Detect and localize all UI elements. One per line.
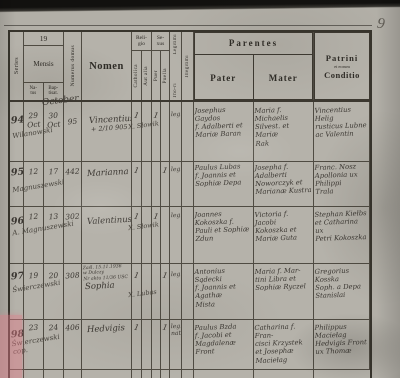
cell-baptisatus — [44, 370, 64, 378]
col-header-puer: Puer — [152, 51, 161, 100]
cell-pater: Josephus Gaydos f. Adalberti et Mariæ Ba… — [194, 102, 254, 161]
col-header-puella: Puella — [161, 51, 169, 100]
cell-patrini: Philippus Maciełag Hedvigis Front ux Tho… — [314, 320, 370, 369]
cell-puella: 1 — [161, 162, 170, 206]
cell-legitimi: leg. — [170, 162, 182, 206]
cell-catholica: 1 — [132, 207, 142, 263]
col-header-numerus-domus: Numerus domus — [64, 32, 82, 100]
cell-puella — [161, 207, 170, 263]
cell-pater: Antonius Sądecki f. Joannis et Agathæ Mi… — [194, 264, 254, 319]
pink-highlight-mark — [0, 315, 22, 378]
cell-mater — [254, 370, 314, 378]
col-header-sexus-group: Se- xus Puer Puella — [152, 32, 170, 100]
table-row: 97 19 20 308 Zaśl. 15.11.1936 w Dulczy N… — [10, 264, 370, 320]
cell-illegitimi — [182, 320, 194, 369]
cell-pater: Joannes Kokoszka f. Pauli et Sophiæ Zdun — [194, 207, 254, 263]
table-row: 95 12 17 442 Marianna 1 1 leg. Paulus Lu… — [10, 162, 370, 207]
cell-patrini: Franc. Nosz Apollonia ux Philippi Trala — [314, 162, 370, 206]
cell-catholica: 1 — [132, 102, 142, 161]
cell-natus — [24, 370, 44, 378]
col-header-mensis: Mensis — [24, 46, 63, 83]
col-header-aut-alia: Aut alia — [142, 51, 151, 100]
cell-patrini: Vincentius Helig rusticus Lubne ac Valen… — [314, 102, 370, 161]
scan-dark-edge — [0, 0, 400, 13]
cell-domus — [64, 370, 82, 378]
cell-pater: Paulus Bzda f. Jacobi et Magdalenæ Front — [194, 320, 254, 369]
table-row — [10, 370, 370, 378]
col-header-illegitimi: Illegitimi — [182, 32, 193, 100]
col-header-religio-group: Reli- gio Catholica Aut alia — [132, 32, 152, 100]
cell-mater: Josepha f. Adalberti Noworczyk et Marian… — [254, 162, 314, 206]
col-header-mensis-group: 19 Mensis Na- tus Bap- tisat. — [24, 32, 64, 100]
cell-catholica: 1 — [132, 162, 142, 206]
col-header-catholica: Catholica — [132, 51, 142, 100]
register-table: Series 19 Mensis Na- tus Bap- tisat. Num… — [8, 30, 372, 378]
col-header-parentes: Parentes — [194, 32, 313, 55]
cell-baptisatus: 13 — [44, 207, 64, 263]
cell-illegitimi — [182, 162, 194, 206]
cell-nomen: Valentinus — [82, 207, 132, 263]
table-header: Series 19 Mensis Na- tus Bap- tisat. Num… — [10, 32, 370, 102]
cell-domus: 308 — [64, 264, 82, 319]
cell-catholica — [132, 370, 142, 378]
cell-puer: 1 — [152, 207, 161, 263]
cell-illegitimi — [182, 207, 194, 263]
cell-patrini: Stephan Kiełbs et Catharina ux Petri Kok… — [314, 207, 370, 263]
cell-illegitimi — [182, 102, 194, 161]
cell-aut-alia — [142, 207, 152, 263]
cell-legitimi: leg. nat — [170, 320, 182, 369]
cell-puer: 1 — [152, 102, 161, 161]
cell-mater: Catharina f. Fran- cisci Krzystek et Jos… — [254, 320, 314, 369]
cell-pater: Paulus Lubas f. Joannis et Sophiæ Depa — [194, 162, 254, 206]
cell-aut-alia — [142, 320, 152, 369]
col-header-thori-group: Legitimi Tho-ri Illegitimi — [170, 32, 194, 100]
cell-legitimi: leg. — [170, 102, 182, 161]
cell-legitimi: leg. — [170, 207, 182, 263]
cell-mater: Maria f. Michaelis Silvest. et Mariæ Rak — [254, 102, 314, 161]
cell-domus: 302 — [64, 207, 82, 263]
col-header-year: 19 — [24, 32, 63, 46]
cell-legitimi — [170, 370, 182, 378]
cell-puella — [161, 102, 170, 161]
cell-patrini — [314, 370, 370, 378]
cell-puer — [152, 162, 161, 206]
col-header-pater: Pater — [194, 55, 254, 100]
table-row: 98 23 24 406 Hedvigis 1 1 leg. nat Paulu… — [10, 320, 370, 370]
cell-catholica: 1 — [132, 320, 142, 369]
col-header-legitimi: Legitimi Tho-ri — [170, 32, 182, 100]
cell-nomen — [82, 370, 132, 378]
col-header-religio: Reli- gio — [132, 32, 151, 51]
table-row: 94 29 Oct 30 Oct 95 Vincentius + 2/10 90… — [10, 102, 370, 162]
cell-nomen: Marianna — [82, 162, 132, 206]
scanned-baptism-register-photo: 9 Series 19 Mensis Na- tus Bap- tisat. N… — [0, 0, 400, 378]
cell-patrini: Gregorius Kosska Soph. a Depa Stanislai — [314, 264, 370, 319]
cell-aut-alia — [142, 162, 152, 206]
col-header-mater: Mater — [254, 55, 314, 100]
cell-pater — [194, 370, 254, 378]
cell-illegitimi — [182, 370, 194, 378]
cell-puer — [152, 320, 161, 369]
page-number: 9 — [375, 16, 385, 34]
col-header-thori: Tho-ri — [173, 83, 178, 98]
cell-nomen: Zaśl. 15.11.1936 w Dulczy Nr aktu 11/36 … — [82, 264, 132, 319]
col-header-series: Series — [10, 32, 24, 100]
col-header-sexus: Se- xus — [152, 32, 169, 51]
cell-puer — [152, 370, 161, 378]
cell-illegitimi — [182, 264, 194, 319]
cell-aut-alia — [142, 370, 152, 378]
cell-mater: Victoria f. Jacobi Kokoszka et Mariæ Gut… — [254, 207, 314, 263]
cell-aut-alia — [142, 102, 152, 161]
col-header-parentes-group: Parentes Pater Mater — [194, 32, 314, 100]
cell-puella: 1 — [161, 320, 170, 369]
cell-nomen: Vincentius + 2/10 905 — [82, 102, 132, 161]
cell-mater: Maria f. Mar- tini Libra et Sophiæ Rycze… — [254, 264, 314, 319]
col-header-patrini: Patrini et eorum Conditio — [314, 32, 370, 100]
cell-puella — [161, 370, 170, 378]
table-row: 96 12 13 302 Valentinus 1 1 leg. Joannes… — [10, 207, 370, 264]
col-header-nomen: Nomen — [82, 32, 132, 100]
table-outer-rule — [4, 25, 372, 26]
cell-baptisatus: 20 — [44, 264, 64, 319]
